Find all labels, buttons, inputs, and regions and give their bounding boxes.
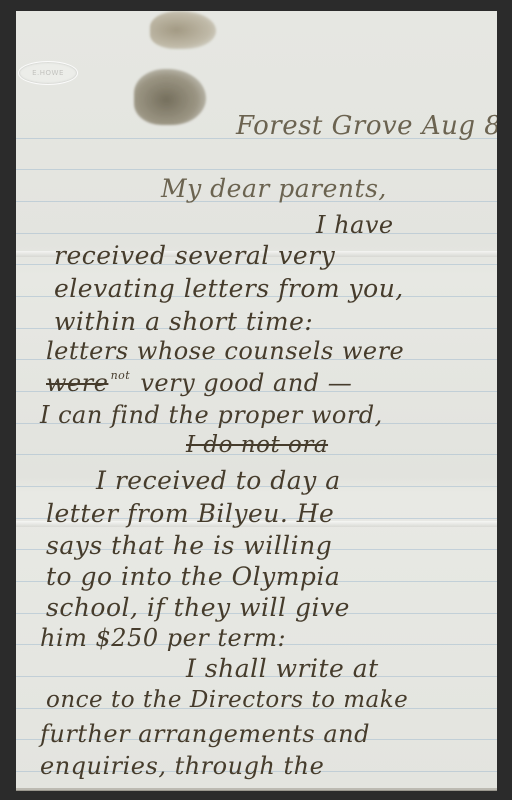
salutation: My dear parents, xyxy=(161,174,387,203)
place-date-heading: Forest Grove Aug 8 xyxy=(236,111,497,141)
letter-line-17: enquiries, through the xyxy=(40,752,324,780)
inserted-word: not xyxy=(111,369,131,382)
letter-line-12: school, if they will give xyxy=(46,593,350,622)
letter-line-13: him $250 per term: xyxy=(40,624,286,652)
line-text: very good and — xyxy=(140,369,352,397)
letter-line-5: letters whose counsels were xyxy=(46,337,404,365)
letter-line-15: once to the Directors to make xyxy=(46,687,408,713)
letter-line-6: were not very good and — xyxy=(46,369,352,397)
letter-line-7: I can find the proper word, xyxy=(40,401,383,429)
letter-line-3: elevating letters from you, xyxy=(54,274,404,303)
letter-line-4: within a short time: xyxy=(54,307,313,336)
embossed-stamp: E.HOWE xyxy=(18,61,78,85)
ruled-line xyxy=(16,233,497,234)
letter-line-10: says that he is willing xyxy=(46,531,332,560)
struck-word: were xyxy=(46,369,108,397)
letter-line-16: further arrangements and xyxy=(40,720,370,748)
scanned-letter: E.HOWE Forest Grove Aug 8 My dear parent… xyxy=(0,0,512,800)
letter-line-8: I received to day a xyxy=(96,466,341,495)
letter-line-14: I shall write at xyxy=(186,654,379,683)
letter-line-1: I have xyxy=(316,211,394,239)
ruled-line xyxy=(16,169,497,170)
ink-stain xyxy=(134,69,206,125)
letter-line-2: received several very xyxy=(54,241,335,270)
letter-line-9: letter from Bilyeu. He xyxy=(46,499,334,528)
letter-line-11: to go into the Olympia xyxy=(46,562,340,591)
struck-line: I do not ora xyxy=(186,432,328,458)
ink-stain xyxy=(150,11,216,49)
letter-page: E.HOWE Forest Grove Aug 8 My dear parent… xyxy=(16,11,497,788)
